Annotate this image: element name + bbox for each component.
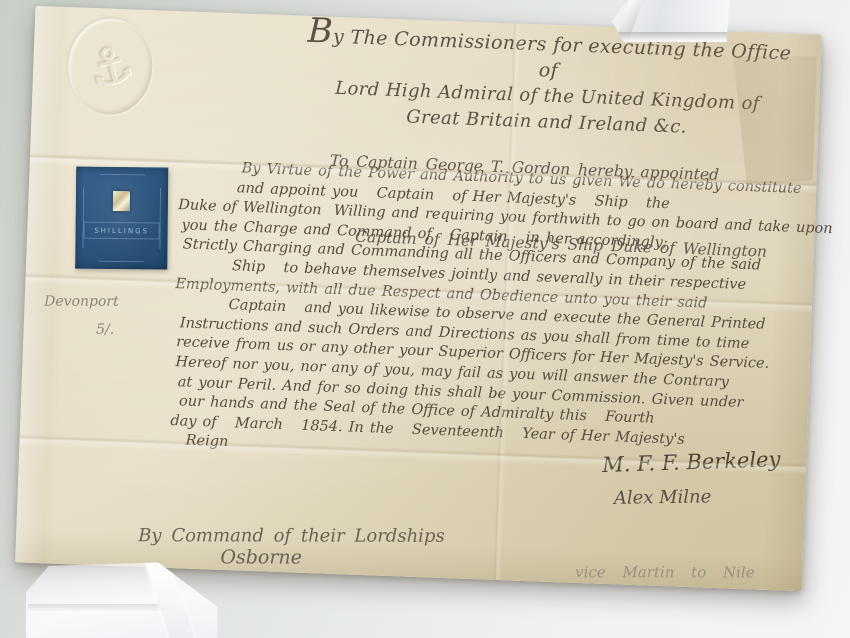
margin-note-place: Devonport (44, 294, 119, 310)
commission-document: ⚓ SHILLINGS By The Commissioners for exe… (15, 6, 822, 591)
first-naval-lord-signature: M. F. F. Berkeley (602, 447, 781, 477)
acrylic-block-top-right (612, 0, 730, 42)
stamp-denomination-band: SHILLINGS (84, 222, 160, 240)
photo-backdrop: ⚓ SHILLINGS By The Commissioners for exe… (0, 0, 850, 638)
revenue-stamp: SHILLINGS (75, 167, 168, 270)
pencil-annotation: vice Martin to Nile (575, 563, 754, 581)
margin-note: Devonport 5/. (44, 294, 119, 338)
acrylic-bevel-highlight (146, 563, 196, 638)
command-of-lordships-line: By Command of their Lordships (138, 525, 445, 547)
admiralty-embossed-seal: ⚓ (67, 17, 154, 116)
stamp-denomination-text: SHILLINGS (94, 227, 149, 236)
anchor-icon: ⚓ (82, 36, 139, 96)
margin-note-number: 5/. (96, 322, 119, 338)
stamp-octagon-frame (82, 174, 161, 263)
secretary-signature: Osborne (220, 546, 302, 568)
commission-body-paragraph: By Virtue of the Power and Authority to … (169, 157, 804, 474)
stamp-foil-square (113, 191, 130, 211)
acrylic-top-edge (28, 604, 169, 613)
second-naval-lord-signature: Alex Milne (614, 486, 712, 509)
acrylic-bottom-edge (612, 32, 730, 42)
